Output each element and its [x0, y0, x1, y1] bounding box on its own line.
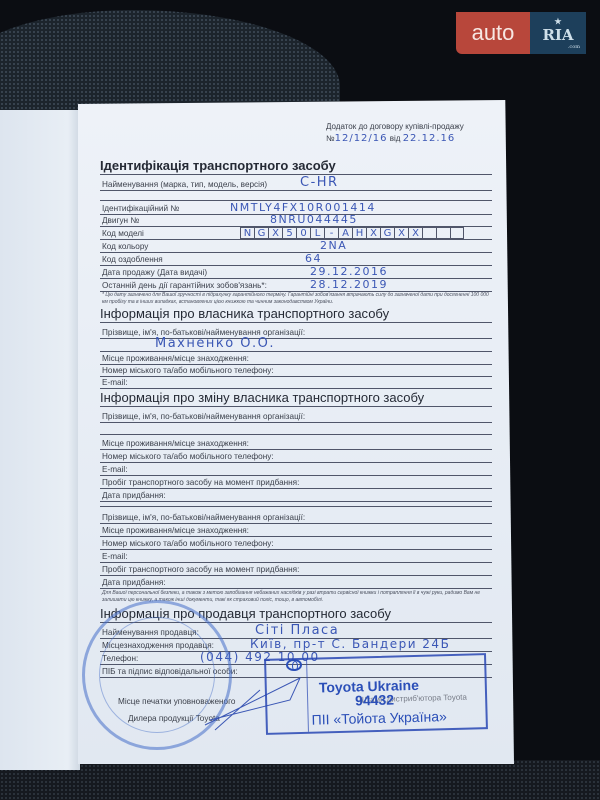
stamp-divider	[306, 660, 309, 732]
watermark-ria: ★ RIA .com	[530, 12, 586, 54]
rule	[100, 506, 492, 507]
addendum-title: Додаток до договору купівлі-продажу	[326, 122, 464, 131]
section-title-owner: Інформація про власника транспортного за…	[100, 306, 389, 321]
model-code-box: 5	[282, 227, 296, 239]
distributor-stamp: Штамп дистриб'ютора Toyota Toyota Ukrain…	[264, 653, 488, 735]
field-engine-number: Двигун № 8NRU044445	[100, 213, 492, 227]
field-change1-address: Місце проживання/місце знаходження:	[100, 436, 492, 450]
warranty-footnote: * Цю дату зазначено для Вашої зручності …	[102, 292, 492, 306]
facing-page	[0, 110, 80, 770]
model-code-boxes: NGX50L-AHXGXX	[240, 227, 464, 239]
field-change2-mileage: Пробіг транспортного засобу на момент пр…	[100, 562, 492, 576]
field-change1-phone: Номер міського та/або мобільного телефон…	[100, 449, 492, 463]
rule	[100, 322, 492, 323]
section-title-owner-change: Інформація про зміну власника транспортн…	[100, 390, 424, 405]
model-code-box: G	[254, 227, 268, 239]
field-change2-phone: Номер міського та/або мобільного телефон…	[100, 536, 492, 550]
field-change2-email: E-mail:	[100, 549, 492, 563]
watermark-auto: auto	[456, 12, 530, 54]
autoria-watermark: auto ★ RIA .com	[456, 12, 586, 54]
field-change1-mileage: Пробіг транспортного засобу на момент пр…	[100, 475, 492, 489]
model-code-box: X	[366, 227, 380, 239]
model-code-box: X	[394, 227, 408, 239]
field-warranty-end: Останній день дії гарантійних зобов'язан…	[100, 278, 492, 292]
field-color-code: Код кольору 2NA	[100, 239, 492, 253]
model-code-box: X	[268, 227, 282, 239]
model-code-box	[436, 227, 450, 239]
model-code-box: L	[310, 227, 324, 239]
field-vehicle-name: Найменування (марка, тип, модель, версія…	[100, 177, 492, 191]
field-owner-name-value: Махненко О.О.	[100, 338, 492, 352]
car-seat-background-bottom	[0, 760, 600, 800]
model-code-box	[450, 227, 464, 239]
field-change1-date: Дата придбання:	[100, 488, 492, 502]
model-code-box: H	[352, 227, 366, 239]
star-icon: ★	[554, 16, 561, 26]
field-model-code: Код моделі NGX50L-AHXGXX	[100, 226, 492, 240]
rule	[100, 434, 492, 435]
rule	[100, 406, 492, 407]
field-change1-name: Прізвище, ім'я, по-батькові/найменування…	[100, 409, 492, 423]
model-code-box: -	[324, 227, 338, 239]
model-code-box: G	[380, 227, 394, 239]
field-trim-code: Код оздоблення 64	[100, 252, 492, 266]
stamp-line-2: 94432	[355, 692, 394, 709]
addendum-header: Додаток до договору купівлі-продажу №12/…	[326, 122, 464, 131]
field-owner-email: E-mail:	[100, 375, 492, 389]
section-title-vehicle-id: Ідентифікація транспортного засобу	[100, 158, 336, 173]
model-code-box: N	[240, 227, 254, 239]
rule	[100, 174, 492, 175]
field-sale-date: Дата продажу (Дата видачі) 29.12.2016	[100, 265, 492, 279]
model-code-box	[422, 227, 436, 239]
addendum-number: №12/12/16 від 22.12.16	[326, 133, 455, 144]
model-code-box: 0	[296, 227, 310, 239]
field-change1-email: E-mail:	[100, 462, 492, 476]
model-code-box: X	[408, 227, 422, 239]
field-change2-name: Прізвище, ім'я, по-батькові/найменування…	[100, 510, 492, 524]
stamp-line-3: ПІІ «Тойота Україна»	[311, 708, 447, 728]
field-change2-address: Місце проживання/місце знаходження:	[100, 523, 492, 537]
field-change2-date: Дата придбання:	[100, 575, 492, 589]
model-code-box: A	[338, 227, 352, 239]
